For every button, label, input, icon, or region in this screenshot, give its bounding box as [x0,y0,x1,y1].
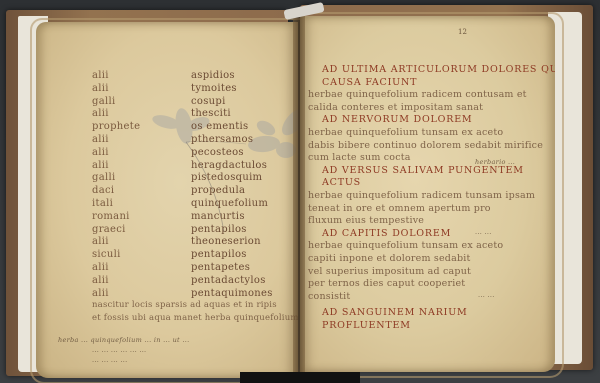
glossary-plant-name: pistedosquim [191,172,262,183]
manuscript-photo: aliiaspidiosaliitymoitesgallicosupialiit… [0,0,600,383]
glossary-plant-name: propedula [191,185,245,196]
glossary-label: alii [92,262,109,273]
glossary-plant-name: os ementis [191,121,248,132]
text-line: calida conteres et impositam sanat [308,102,483,113]
glossary-label: alii [92,236,109,247]
rubric-heading: AD CAPITIS DOLOREM [322,228,451,239]
folio-number: 12 [458,28,467,36]
left-page: aliiaspidiosaliitymoitesgallicosupialiit… [36,22,298,378]
glossary-label: alii [92,147,109,158]
text-line: herbae quinquefolium tunsam ex aceto [308,240,503,251]
glossary-plant-name: pentapilos [191,249,247,260]
glossary-label: galli [92,96,115,107]
glossary-plant-name: pentaquimones [191,288,273,299]
rubric-heading: AD NERVORUM DOLOREM [322,114,472,125]
glossary-label: alii [92,160,109,171]
marginal-note: ... ... ... ... ... ... [92,346,146,354]
text-line: herbae quinquefolium radicem contusam et [308,89,527,100]
glossary-label: prophete [92,121,140,132]
glossary-plant-name: pentapetes [191,262,250,273]
marginal-note: ... ... [478,291,495,299]
text-line: vel superius impositum ad caput [308,266,471,277]
glossary-plant-name: cosupi [191,96,226,107]
text-line: herbae quinquefolium radicem tunsam ipsa… [308,190,535,201]
text-line: dabis bibere continuo dolorem sedabit mi… [308,140,543,151]
text-line: cum lacte sum cocta [308,152,411,163]
text-line: capiti inpone et dolorem sedabit [308,253,471,264]
book-gutter [293,14,305,378]
glossary-label: graeci [92,224,126,235]
text-line: consistit [308,291,350,302]
rubric-heading: AD SANGUINEM NARIUM [322,307,468,318]
glossary-label: galli [92,172,115,183]
glossary-label: alii [92,70,109,81]
glossary-plant-name: tymoites [191,83,237,94]
glossary-plant-name: heragdactulos [191,160,267,171]
glossary-label: alii [92,134,109,145]
marginal-note: herba ... quinquefolium ... in ... ut ..… [58,336,189,344]
glossary-label: alii [92,83,109,94]
rubric-heading: AD ULTIMA ARTICULORUM DOLORES QUI EX [322,64,555,75]
text-line: herbae quinquefolium tunsam ex aceto [308,127,503,138]
glossary-label: alii [92,108,109,119]
closing-line: nascitur locis sparsis ad aquas et in ri… [92,300,277,310]
glossary-label: alii [92,288,109,299]
marginal-note: herbario ... [475,158,515,166]
rubric-heading: PROFLUENTEM [322,320,411,331]
text-line: fluxum eius tempestive [308,215,424,226]
glossary-plant-name: quinquefolium [191,198,268,209]
glossary-label: romani [92,211,130,222]
right-page: 12 AD ULTIMA ARTICULORUM DOLORES QUI EXC… [300,16,555,372]
text-line: per ternos dies caput cooperiet [308,278,465,289]
marginal-note: ... ... [475,228,492,236]
rubric-heading: ACTUS [322,177,361,188]
closing-line: et fossis ubi aqua manet herba quinquefo… [92,313,298,323]
glossary-plant-name: pentapilos [191,224,247,235]
glossary-label: daci [92,185,114,196]
rubric-heading: AD VERSUS SALIVAM PUNGENTEM [322,165,524,176]
glossary-label: siculi [92,249,121,260]
glossary-plant-name: pentadactylos [191,275,266,286]
glossary-plant-name: pecosteos [191,147,244,158]
rubric-heading: CAUSA FACIUNT [322,77,417,88]
spine-shadow [240,372,360,383]
glossary-plant-name: thesciti [191,108,231,119]
glossary-plant-name: theoneserion [191,236,261,247]
marginal-note: ... ... ... ... [92,356,128,364]
glossary-label: itali [92,198,113,209]
glossary-plant-name: pthersamos [191,134,253,145]
glossary-plant-name: aspidios [191,70,235,81]
glossary-label: alii [92,275,109,286]
text-line: teneat in ore et omnem apertum pro [308,203,491,214]
glossary-plant-name: mancurtis [191,211,245,222]
